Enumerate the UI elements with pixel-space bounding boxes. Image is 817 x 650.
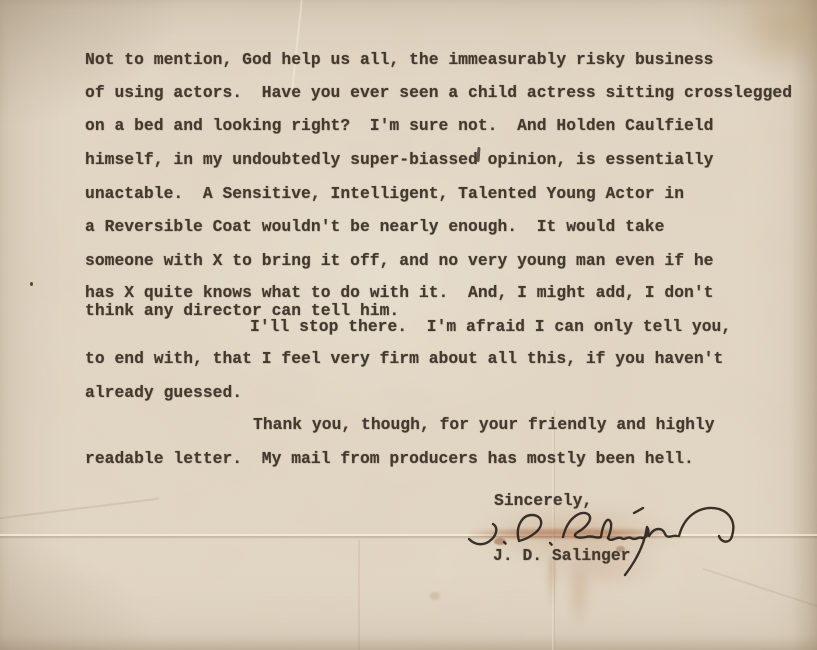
rust-stain-tendril (566, 560, 592, 626)
typed-line: of using actors. Have you ever seen a ch… (85, 83, 792, 103)
typed-line-indented: I'll stop there. I'm afraid I can only t… (250, 317, 731, 337)
typed-line: to end with, that I feel very firm about… (85, 349, 723, 369)
typed-line: Not to mention, God help us all, the imm… (85, 50, 714, 70)
rust-spot (494, 538, 506, 545)
paper-shading-top-right (597, 0, 817, 160)
horizontal-fold-crease (0, 534, 817, 539)
typed-line: himself, in my undoubtedly super-biassed… (85, 150, 714, 170)
rust-stain-streak (468, 529, 673, 538)
typed-line: unactable. A Sensitive, Intelligent, Tal… (85, 184, 684, 204)
diagonal-crease-bottom-right (703, 568, 817, 610)
typed-line: a Reversible Coat wouldn't be nearly eno… (85, 217, 664, 237)
vertical-fold-crease (552, 410, 555, 650)
vertical-fold-crease-faint (358, 540, 360, 650)
typed-line: readable letter. My mail from producers … (85, 449, 694, 469)
typed-line: on a bed and looking right? I'm sure not… (85, 116, 714, 136)
paper-shading-bottom-left (0, 450, 260, 650)
vertical-crease-top (291, 0, 302, 90)
diagonal-crease-bottom-left (0, 498, 159, 521)
ink-speck (30, 282, 33, 286)
typed-line: already guessed. (85, 383, 242, 403)
paper-shading-right-edge (791, 0, 817, 650)
salutation-line: Sincerely, (494, 491, 592, 511)
typed-signature-name: J. D. Salinger (493, 546, 631, 566)
typed-line: someone with X to bring it off, and no v… (85, 251, 714, 271)
typed-line-indented: Thank you, though, for your friendly and… (253, 415, 715, 435)
letter-page: Not to mention, God help us all, the imm… (0, 0, 817, 650)
faint-spot (430, 592, 440, 600)
corner-stain (740, 0, 817, 70)
paper-shading-bottom-edge (0, 634, 817, 650)
typed-line: has X quite knows what to do with it. An… (85, 283, 714, 303)
